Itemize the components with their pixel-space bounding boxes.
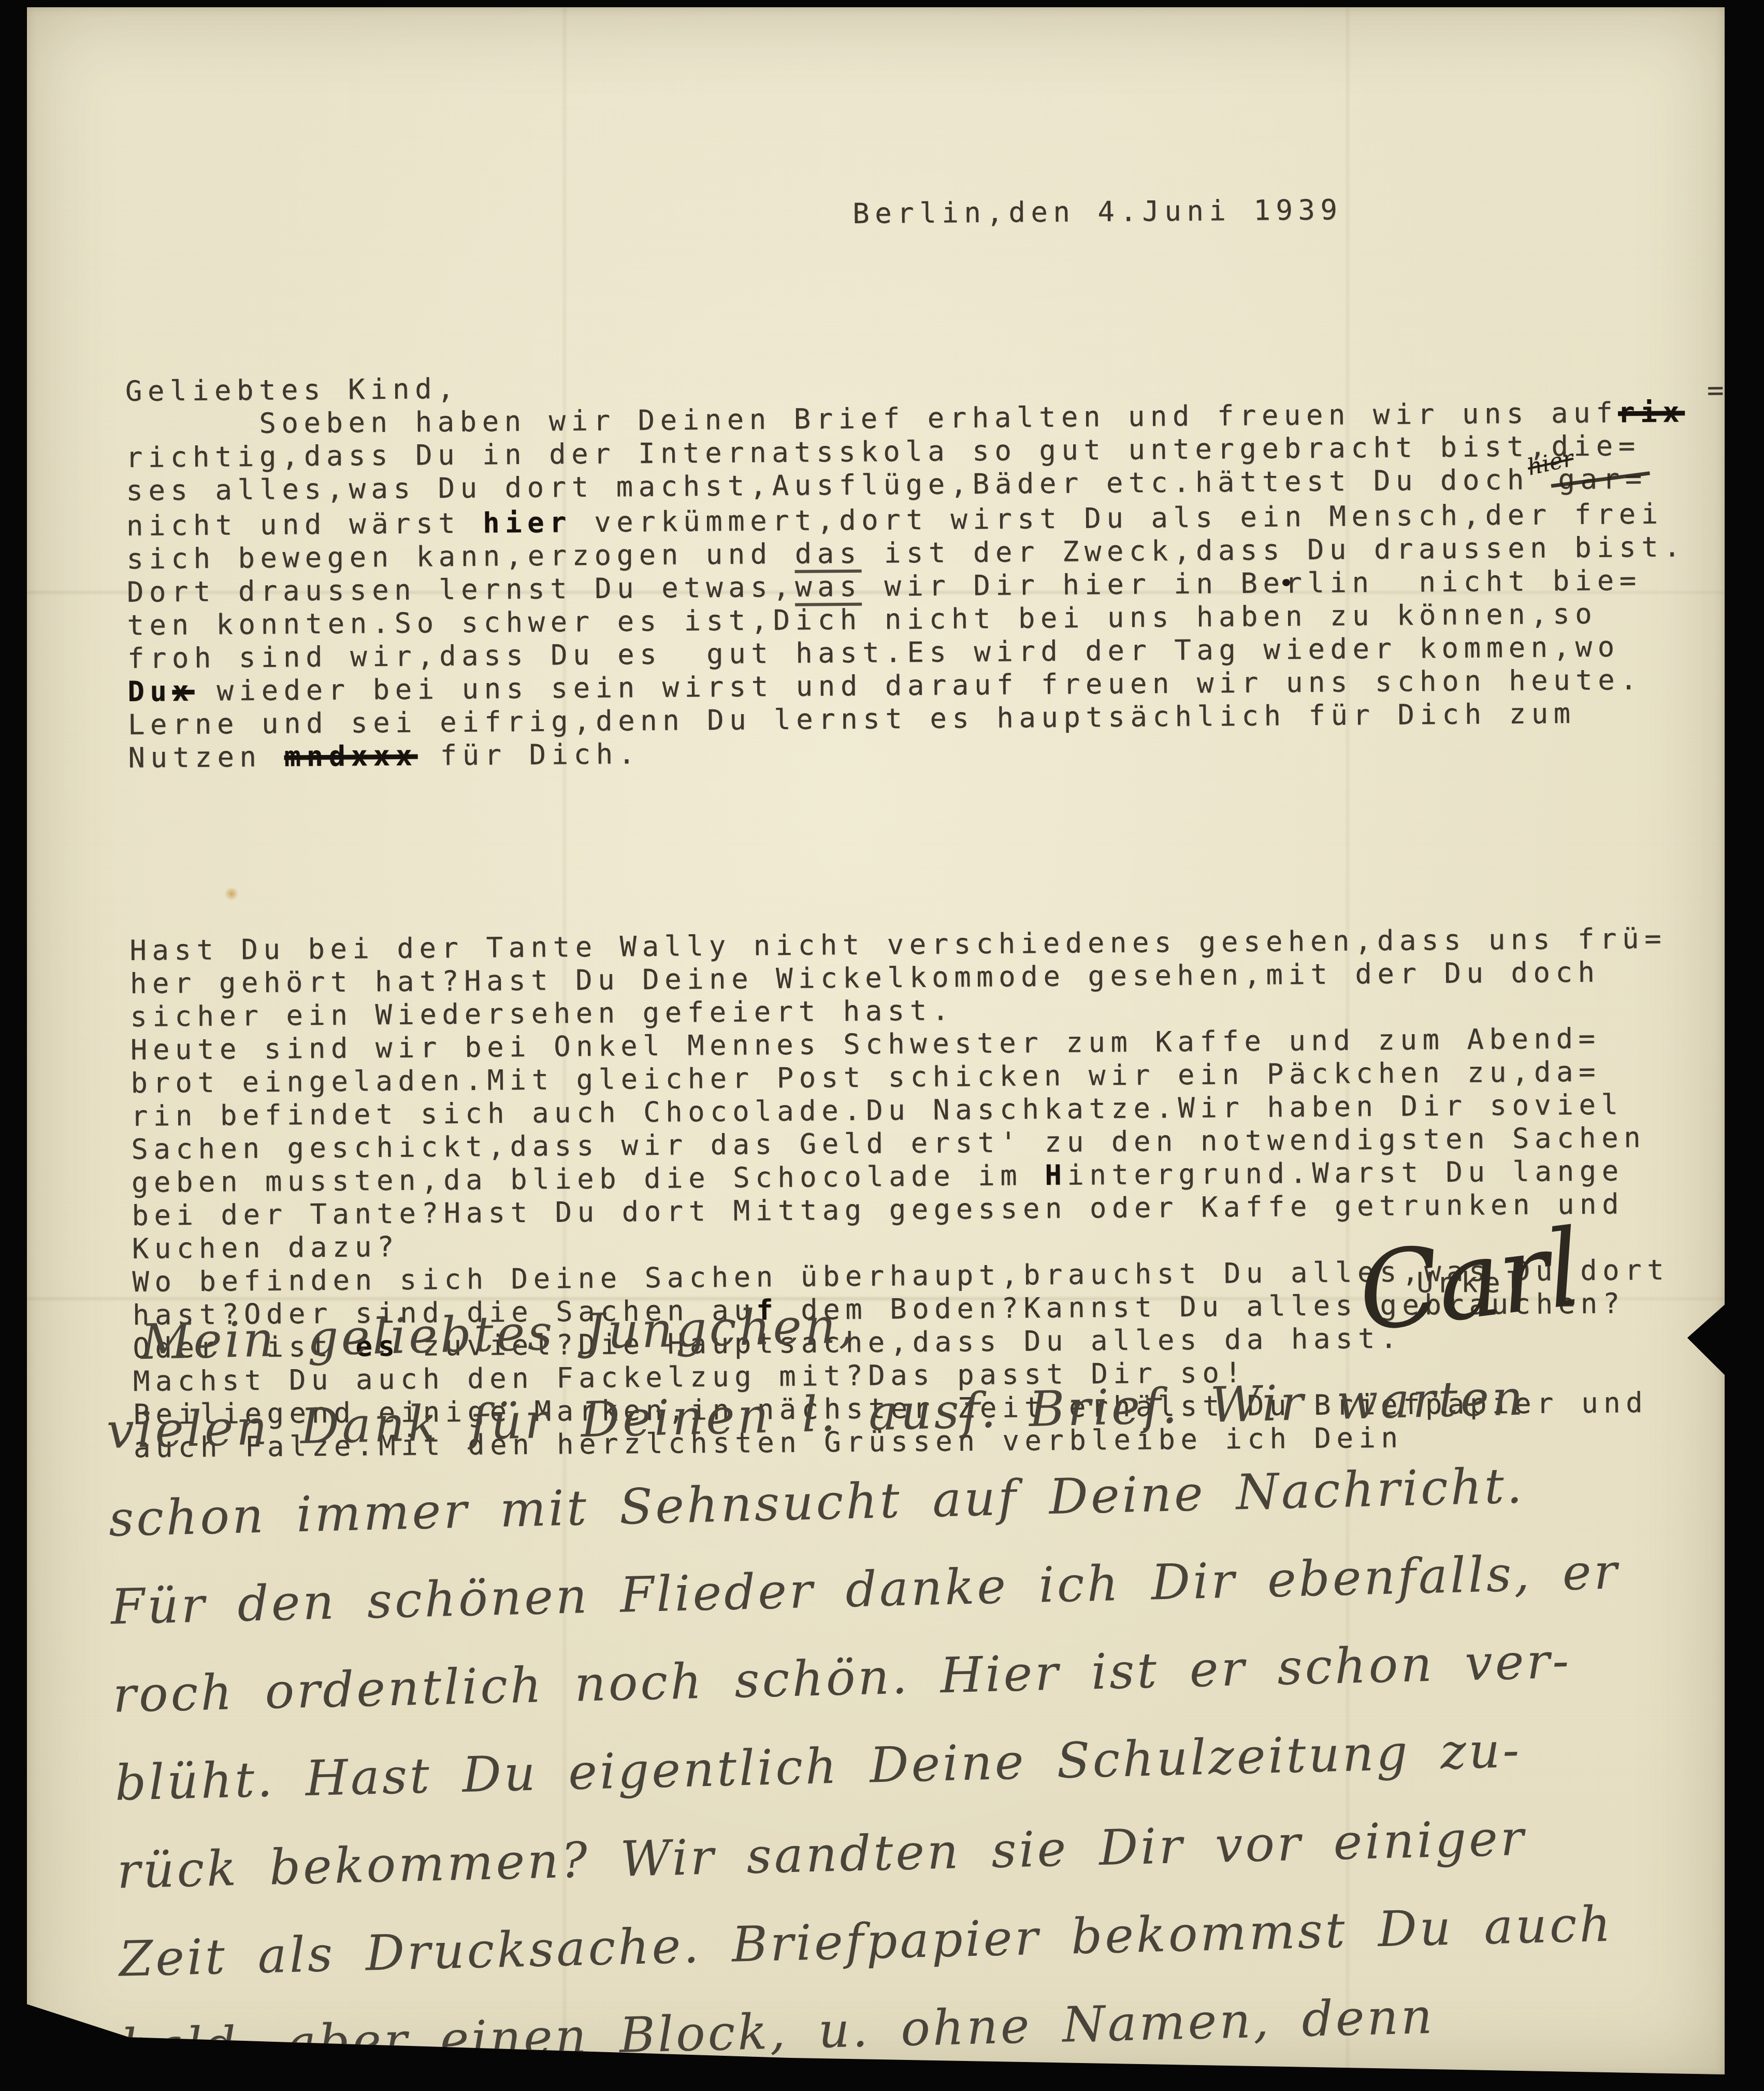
typed-segment-b: hier [483, 506, 572, 539]
typed-segment-u: was [795, 570, 862, 606]
typed-segment-bst: x [172, 675, 195, 707]
typed-segment-b: Du [127, 675, 172, 708]
typed-segment-u: das [794, 537, 862, 573]
typed-segment: Geliebtes Kind, [125, 372, 460, 408]
handwritten-note: Mein geliebtes Jungchen,vielen Dank für … [104, 1260, 1764, 2091]
typed-segment: ist der Zweck,dass Du draussen bist. [861, 530, 1686, 569]
typed-segment-bst: rix [1618, 396, 1685, 429]
typed-paragraph-1: Geliebtes Kind, Soeben haben wir Deinen … [125, 362, 1734, 775]
scanned-letter-page: { "letter": { "date_line": "Berlin,den 4… [0, 0, 1764, 2091]
typed-segment: sich bewegen kann,erzogen und [126, 538, 795, 575]
typed-segment: Nutzen [128, 740, 284, 774]
typed-segment: wir Dir hier in Berlin nicht bie= [862, 564, 1642, 603]
typed-segment-pen: gar= [1558, 462, 1647, 496]
letter-paper: Berlin,den 4.Juni 1939 Geliebtes Kind, S… [27, 7, 1725, 2077]
typed-segment-bst: mndxxx [284, 739, 418, 773]
typed-segment-b: H [1045, 1159, 1067, 1192]
typed-segment: Kuchen dazu? [132, 1230, 400, 1265]
typed-segment: sicher ein Wiedersehen gefeiert hast. [130, 994, 955, 1033]
typed-segment-raise: = [1684, 374, 1729, 408]
typed-segment: für Dich. [417, 737, 641, 772]
typed-segment: intergrund.Warst Du lange [1067, 1154, 1624, 1191]
date-line: Berlin,den 4.Juni 1939 [852, 191, 1729, 230]
typed-segment: nicht und wärst [126, 507, 483, 542]
typed-segment: Dort draussen lernst Du etwas, [127, 571, 796, 608]
